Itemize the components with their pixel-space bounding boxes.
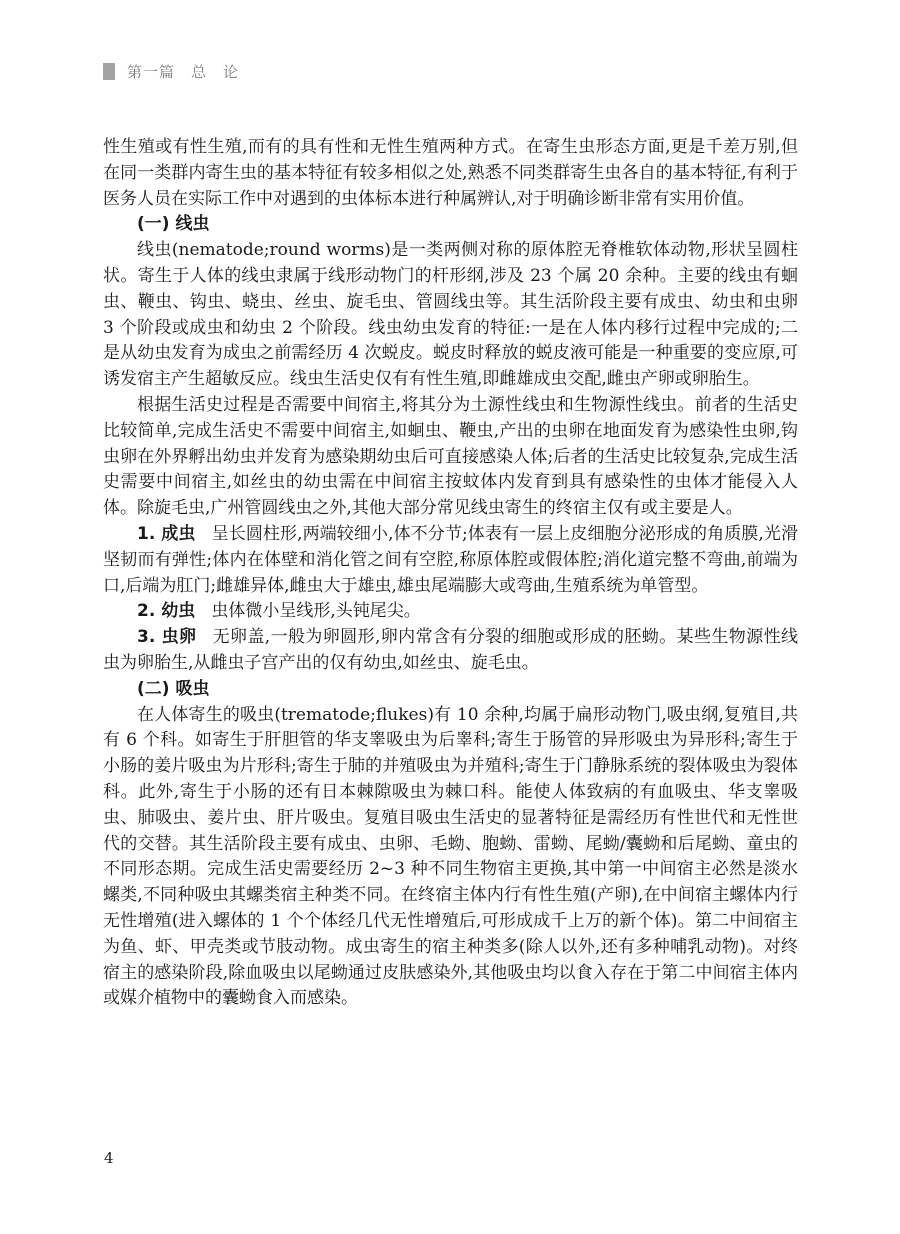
item-text-larva: 虫体微小呈线形,头钝尾尖。 bbox=[211, 601, 420, 621]
running-header: 第一篇 总 论 bbox=[103, 61, 239, 82]
section-heading-nematodes: (一) 线虫 bbox=[103, 212, 798, 238]
item-label-egg: 3. 虫卵 bbox=[137, 627, 196, 647]
running-header-title: 第一篇 总 论 bbox=[127, 61, 239, 82]
item-text-egg: 无卵盖,一般为卵圆形,卵内常含有分裂的细胞或形成的胚蚴。某些生物源性线虫为卵胎生… bbox=[103, 627, 798, 673]
paragraph-intro-continuation: 性生殖或有性生殖,而有的具有性和无性生殖两种方式。在寄生虫形态方面,更是千差万别… bbox=[103, 135, 798, 212]
page-number: 4 bbox=[104, 1149, 114, 1167]
item-text-adult-worm: 呈长圆柱形,两端较细小,体不分节;体表有一层上皮细胞分泌形成的角质膜,光滑坚韧而… bbox=[103, 524, 798, 596]
document-page: 第一篇 总 论 性生殖或有性生殖,而有的具有性和无性生殖两种方式。在寄生虫形态方… bbox=[0, 0, 900, 1234]
numbered-item-egg: 3. 虫卵无卵盖,一般为卵圆形,卵内常含有分裂的细胞或形成的胚蚴。某些生物源性线… bbox=[103, 625, 798, 677]
section-heading-trematodes: (二) 吸虫 bbox=[103, 677, 798, 703]
paragraph-nematode-lifecycle: 根据生活史过程是否需要中间宿主,将其分为土源性线虫和生物源性线虫。前者的生活史比… bbox=[103, 393, 798, 522]
paragraph-nematode-overview: 线虫(nematode;round worms)是一类两侧对称的原体腔无脊椎软体… bbox=[103, 238, 798, 393]
paragraph-trematode-overview: 在人体寄生的吸虫(trematode;flukes)有 10 余种,均属于扁形动… bbox=[103, 703, 798, 1013]
page-body: 性生殖或有性生殖,而有的具有性和无性生殖两种方式。在寄生虫形态方面,更是千差万别… bbox=[103, 135, 798, 1012]
item-label-larva: 2. 幼虫 bbox=[137, 601, 195, 621]
numbered-item-adult-worm: 1. 成虫呈长圆柱形,两端较细小,体不分节;体表有一层上皮细胞分泌形成的角质膜,… bbox=[103, 522, 798, 599]
header-marker-square bbox=[103, 63, 115, 80]
item-label-adult-worm: 1. 成虫 bbox=[137, 524, 196, 544]
numbered-item-larva: 2. 幼虫虫体微小呈线形,头钝尾尖。 bbox=[103, 599, 798, 625]
